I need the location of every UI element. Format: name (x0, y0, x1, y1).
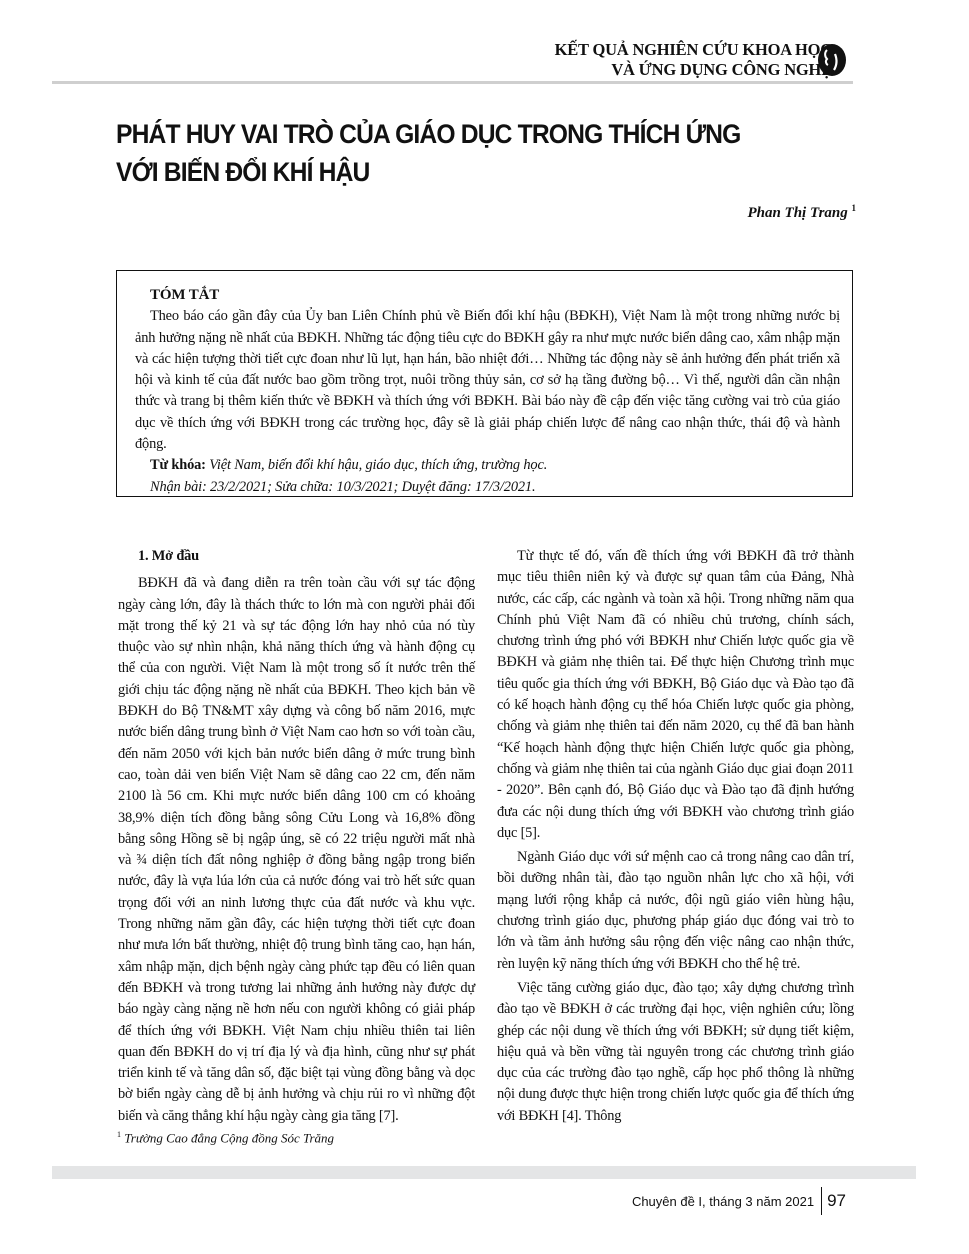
section-heading: 1. Mở đầu (138, 546, 475, 567)
paragraph: BĐKH đã và đang diễn ra trên toàn cầu vớ… (118, 573, 475, 1127)
folio: Chuyên đề I, tháng 3 năm 2021 97 (632, 1187, 846, 1215)
abstract-box: TÓM TẮT Theo báo cáo gần đây của Ủy ban … (116, 270, 853, 497)
issue-label: Chuyên đề I, tháng 3 năm 2021 (632, 1194, 814, 1209)
paragraph: Từ thực tế đó, vấn đề thích ứng với BĐKH… (497, 546, 854, 844)
author-name: Phan Thị Trang (747, 205, 847, 221)
footnote-mark: 1 (117, 1130, 121, 1139)
keywords-list: Việt Nam, biến đổi khí hậu, giáo dục, th… (209, 457, 547, 473)
author: Phan Thị Trang 1 (747, 203, 856, 222)
paragraph: Ngành Giáo dục với sứ mệnh cao cả trong … (497, 847, 854, 975)
footnote-text: Trường Cao đẳng Cộng đồng Sóc Trăng (124, 1130, 334, 1145)
body-column-right: Từ thực tế đó, vấn đề thích ứng với BĐKH… (497, 546, 854, 1130)
page-number: 97 (827, 1191, 846, 1211)
keywords: Từ khóa: Việt Nam, biến đổi khí hậu, giá… (150, 455, 840, 476)
running-head-line2: VÀ ỨNG DỤNG CÔNG NGHỆ (555, 60, 832, 80)
footer-bar (52, 1166, 916, 1179)
article-dates: Nhận bài: 23/2/2021; Sửa chữa: 10/3/2021… (150, 477, 840, 498)
running-head-line1: KẾT QUẢ NGHIÊN CỨU KHOA HỌC (555, 40, 832, 60)
abstract-text: Theo báo cáo gần đây của Ủy ban Liên Chí… (135, 306, 840, 455)
folio-divider (821, 1187, 822, 1215)
title-line-2: VỚI BIẾN ĐỔI KHÍ HẬU (116, 153, 804, 191)
title-line-1: PHÁT HUY VAI TRÒ CỦA GIÁO DỤC TRONG THÍC… (116, 115, 804, 153)
header-rule (52, 81, 853, 84)
article-title: PHÁT HUY VAI TRÒ CỦA GIÁO DỤC TRONG THÍC… (116, 115, 804, 191)
footnote: 1 Trường Cao đẳng Cộng đồng Sóc Trăng (117, 1130, 334, 1146)
globe-logo-icon (818, 44, 846, 76)
paragraph: Việc tăng cường giáo dục, đào tạo; xây d… (497, 978, 854, 1127)
running-head: KẾT QUẢ NGHIÊN CỨU KHOA HỌC VÀ ỨNG DỤNG … (555, 40, 832, 80)
body-column-left: 1. Mở đầu BĐKH đã và đang diễn ra trên t… (118, 546, 475, 1130)
abstract-heading: TÓM TẮT (150, 285, 840, 306)
keywords-label: Từ khóa: (150, 457, 206, 473)
author-footnote-mark: 1 (852, 203, 857, 213)
